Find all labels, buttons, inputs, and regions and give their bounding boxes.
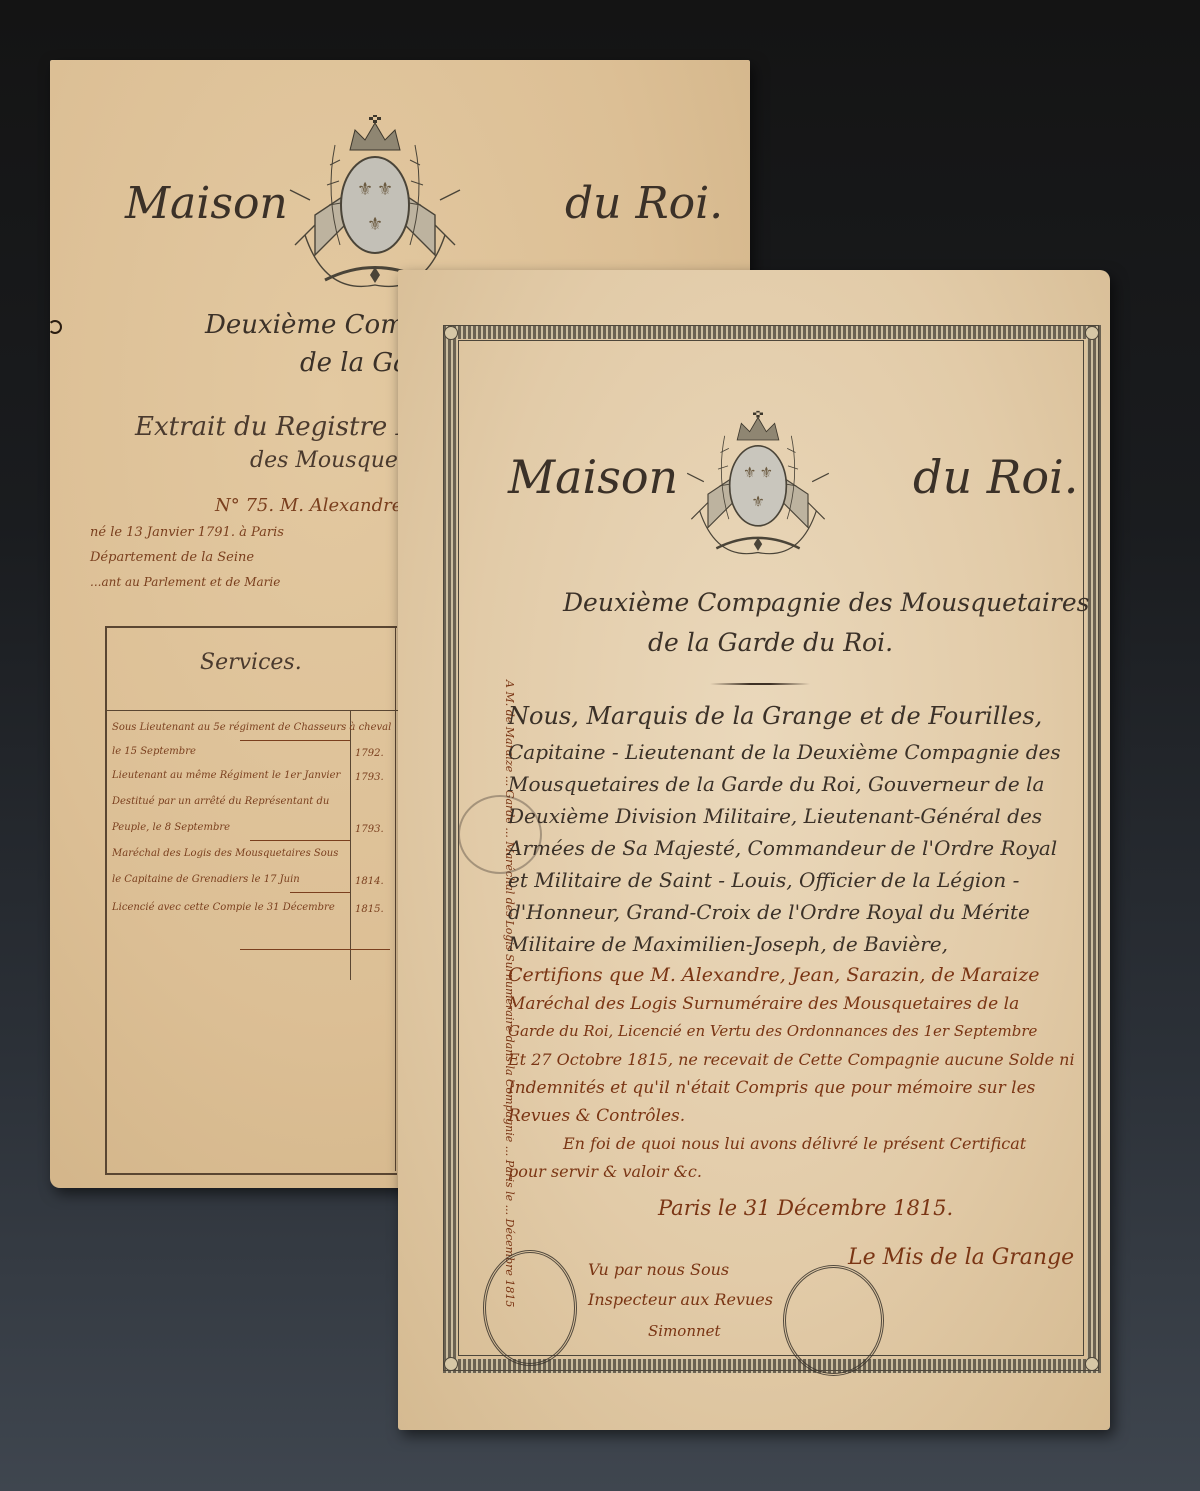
fill-line [240,740,350,741]
svg-text:⚜: ⚜ [751,493,764,511]
header-maison: Maison [125,178,288,229]
department-line: Département de la Seine [90,550,254,565]
table-year: 1814. [355,876,384,887]
register-number: N° 75. M. Alexandre, [215,495,408,516]
inspecteur-line: Inspecteur aux Revues [588,1290,773,1309]
corner-rosette-icon [444,1357,458,1371]
certificate-text-line: et Militaire de Saint - Louis, Officier … [508,868,1019,892]
company-title-line2: de la Garde du Roi. [648,628,893,657]
corner-rosette-icon [444,326,458,340]
table-divider [395,626,396,1171]
ornamental-divider [710,683,810,685]
royal-crest-icon: ⚜ ⚜ ⚜ [683,395,833,585]
table-row: Destitué par un arrêté du Représentant d… [112,796,329,807]
handwritten-line: Garde du Roi, Licencié en Vertu des Ordo… [508,1022,1037,1040]
fill-line [250,840,350,841]
handwritten-line: En foi de quoi nous lui avons délivré le… [563,1134,1026,1153]
coat-of-arms-seal-icon [483,1250,577,1366]
table-year: 1793. [355,772,384,783]
birth-line: né le 13 Janvier 1791. à Paris [90,525,284,540]
vu-par-line: Vu par nous Sous [588,1260,729,1279]
closing-line [240,949,390,950]
table-year: 1792. [355,748,384,759]
svg-text:⚜: ⚜ [760,464,773,482]
svg-text:⚜: ⚜ [743,464,756,482]
company-title-line2: de la Ga [300,348,409,378]
services-header: Services. [200,650,302,675]
certificate-text-line: Nous, Marquis de la Grange et de Fourill… [508,702,1042,730]
header-maison: Maison [508,450,678,504]
corner-rosette-icon [1085,326,1099,340]
table-row: le 15 Septembre [112,746,196,757]
handwritten-line: Certifions que M. Alexandre, Jean, Saraz… [508,964,1039,986]
corner-rosette-icon [1085,1357,1099,1371]
table-row: Licencié avec cette Compie le 31 Décembr… [112,902,335,913]
handwritten-line: Revues & Contrôles. [508,1106,685,1126]
services-table [105,626,397,1175]
company-title-line1: Deuxième Compagnie des Mousquetaires [563,588,1090,617]
handwritten-line: pour servir & valoir &c. [508,1162,702,1181]
punch-hole-mark [48,320,62,334]
certificate-text-line: Mousquetaires de la Garde du Roi, Gouver… [508,772,1044,796]
extrait-heading: Extrait du Registre M [135,412,422,442]
svg-text:⚜: ⚜ [357,179,373,200]
table-row: le Capitaine de Grenadiers le 17 Juin [112,874,300,885]
certificate-text-line: Capitaine - Lieutenant de la Deuxième Co… [508,740,1061,764]
header-du-roi: du Roi. [913,450,1078,504]
svg-text:⚜: ⚜ [377,179,393,200]
certificate-text-line: Deuxième Division Militaire, Lieutenant-… [508,804,1042,828]
inspector-signature: Simonnet [648,1322,721,1340]
table-row: Maréchal des Logis des Mousquetaires Sou… [112,848,338,859]
table-row: Sous Lieutenant au 5e régiment de Chasse… [112,722,391,733]
parents-line: ...ant au Parlement et de Marie [90,575,280,589]
handwritten-line: Indemnités et qu'il n'était Compris que … [508,1078,1035,1098]
place-date: Paris le 31 Décembre 1815. [658,1196,953,1220]
year-column-rule [350,710,351,980]
table-year: 1793. [355,824,384,835]
table-row: Peuple, le 8 Septembre [112,822,230,833]
handwritten-line: Maréchal des Logis Surnuméraire des Mous… [508,994,1019,1014]
front-document: Maison ⚜ ⚜ ⚜ du Roi. Deuxième Compagnie … [398,270,1110,1430]
certificate-text-line: d'Honneur, Grand-Croix de l'Ordre Royal … [508,900,1030,924]
svg-text:⚜: ⚜ [367,214,383,235]
table-row: Lieutenant au même Régiment le 1er Janvi… [112,770,340,781]
header-du-roi: du Roi. [565,178,723,229]
certificate-text-line: Militaire de Maximilien-Joseph, de Baviè… [508,932,948,956]
handwritten-line: Et 27 Octobre 1815, ne recevait de Cette… [508,1050,1075,1069]
marquis-signature: Le Mis de la Grange [848,1245,1074,1270]
inspection-stamp-icon [783,1265,884,1376]
certificate-text-line: Armées de Sa Majesté, Commandeur de l'Or… [508,836,1057,860]
fill-line [290,892,350,893]
table-year: 1815. [355,904,384,915]
